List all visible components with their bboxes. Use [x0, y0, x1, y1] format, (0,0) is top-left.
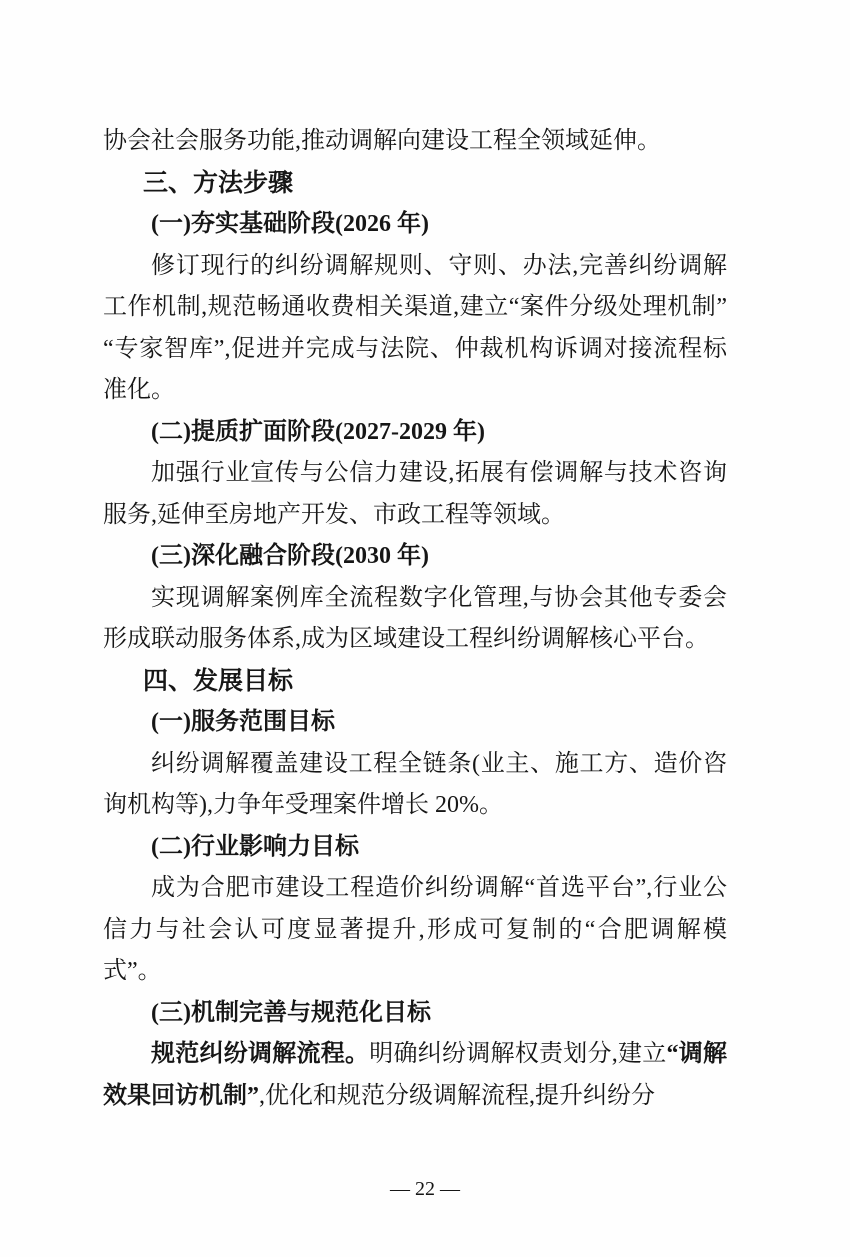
bold-lead-in-phrase: 规范纠纷调解流程。: [151, 1041, 369, 1067]
subheading-phase-2: (二)提质扩面阶段(2027-2029 年): [103, 412, 727, 454]
subheading-goal-1: (一)服务范围目标: [103, 702, 727, 744]
paragraph-continuation: 协会社会服务功能,推动调解向建设工程全领域延伸。: [103, 121, 727, 163]
paragraph-goal-3: 规范纠纷调解流程。明确纠纷调解权责划分,建立“调解效果回访机制”,优化和规范分级…: [103, 1034, 727, 1117]
paragraph-goal-2: 成为合肥市建设工程造价纠纷调解“首选平台”,行业公信力与社会认可度显著提升,形成…: [103, 868, 727, 993]
subheading-goal-2: (二)行业影响力目标: [103, 827, 727, 869]
document-page: 协会社会服务功能,推动调解向建设工程全领域延伸。 三、方法步骤 (一)夯实基础阶…: [0, 0, 850, 1257]
paragraph-phase-1: 修订现行的纠纷调解规则、守则、办法,完善纠纷调解工作机制,规范畅通收费相关渠道,…: [103, 246, 727, 412]
page-number: — 22 —: [0, 1178, 850, 1201]
subheading-phase-3: (三)深化融合阶段(2030 年): [103, 536, 727, 578]
section-heading-methods: 三、方法步骤: [103, 163, 727, 205]
subheading-phase-1: (一)夯实基础阶段(2026 年): [103, 204, 727, 246]
section-heading-goals: 四、发展目标: [103, 661, 727, 703]
text-segment: ,优化和规范分级调解流程,提升纠纷分: [259, 1083, 655, 1109]
paragraph-phase-2: 加强行业宣传与公信力建设,拓展有偿调解与技术咨询服务,延伸至房地产开发、市政工程…: [103, 453, 727, 536]
text-segment: 明确纠纷调解权责划分,建立: [369, 1041, 666, 1067]
document-body: 协会社会服务功能,推动调解向建设工程全领域延伸。 三、方法步骤 (一)夯实基础阶…: [103, 121, 727, 1117]
paragraph-phase-3: 实现调解案例库全流程数字化管理,与协会其他专委会形成联动服务体系,成为区域建设工…: [103, 578, 727, 661]
subheading-goal-3: (三)机制完善与规范化目标: [103, 993, 727, 1035]
paragraph-goal-1: 纠纷调解覆盖建设工程全链条(业主、施工方、造价咨询机构等),力争年受理案件增长 …: [103, 744, 727, 827]
